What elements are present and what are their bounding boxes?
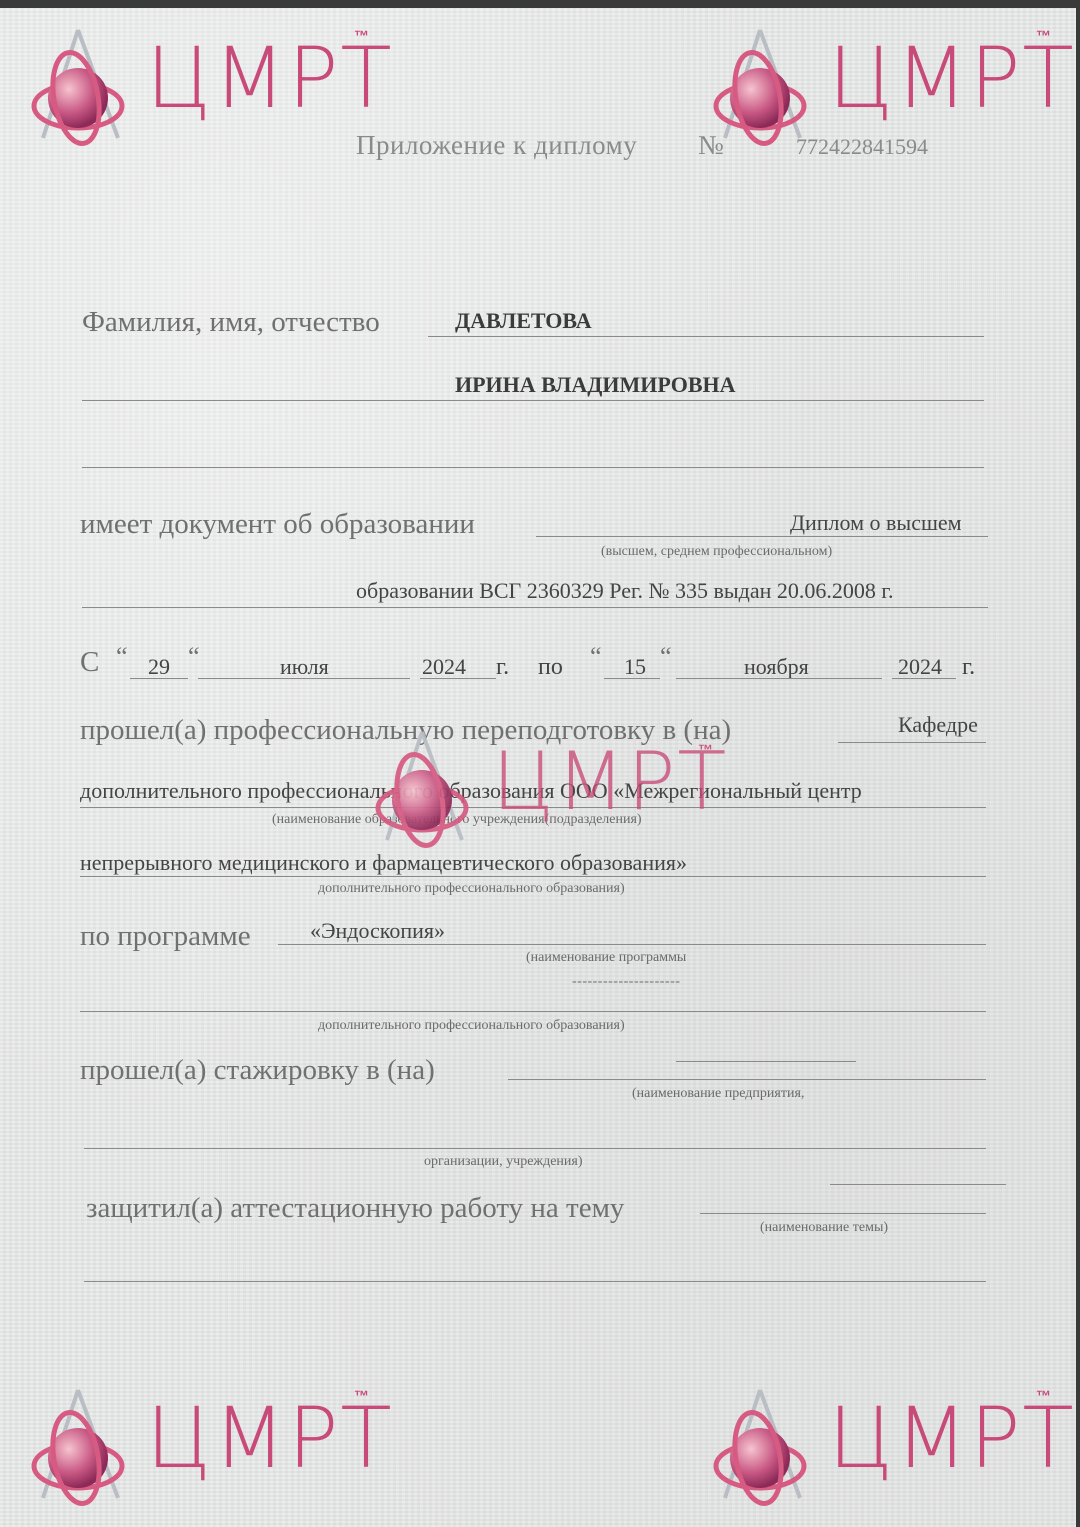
education-doc-value-1: Диплом о высшем [790,510,962,536]
logo-top-left: ЦМРТ ™ [18,28,378,148]
diploma-number: 772422841594 [796,134,928,160]
internship-underline-2 [84,1148,986,1149]
retraining-value-3: непрерывного медицинского и фармацевтиче… [80,850,687,876]
to-day-underline [604,678,660,679]
quote-mark: “ [660,642,672,672]
trademark-symbol: ™ [698,742,713,759]
education-doc-caption: (высшем, среднем профессиональном) [601,544,832,560]
surname-value: ДАВЛЕТОВА [455,308,592,334]
from-year: 2024 [422,654,466,680]
education-doc-value-2: образовании ВСГ 2360329 Рег. № 335 выдан… [356,578,893,604]
program-underline-2 [80,1011,986,1012]
diploma-supplement-page: ЦМРТ ™ ЦМРТ ™ Приложение к диплому № 772… [0,8,1076,1527]
to-day: 15 [624,654,646,680]
period-to-prefix: по [538,654,563,681]
retraining-caption-2: дополнительного профессионального образо… [318,881,625,897]
atom-sphere-icon [18,28,138,148]
program-caption-2: дополнительного профессионального образо… [318,1018,625,1034]
quote-mark: “ [188,642,200,672]
from-day-underline [130,678,188,679]
document-title: Приложение к диплому [356,130,637,161]
name-patronymic-value: ИРИНА ВЛАДИМИРОВНА [455,372,736,398]
internship-short-line [676,1061,856,1062]
internship-underline [508,1079,986,1080]
trademark-symbol: ™ [354,28,369,45]
atom-sphere-icon [18,1388,138,1508]
to-month-underline [676,678,882,679]
quote-mark: “ [590,642,602,672]
logo-text: ЦМРТ [492,742,728,822]
number-sign: № [698,130,724,161]
retraining-underline-1 [838,742,986,743]
retraining-value-1: Кафедре [898,712,978,738]
thesis-short-line [830,1184,1006,1185]
logo-bottom-right: ЦМРТ ™ [700,1388,1060,1508]
education-doc-label: имеет документ об образовании [80,508,475,541]
program-underline [278,944,986,945]
blank-underline [82,467,984,468]
trademark-symbol: ™ [354,1388,369,1405]
year-suffix: г. [962,654,975,681]
trademark-symbol: ™ [1036,1388,1051,1405]
internship-label: прошел(а) стажировку в (на) [80,1054,435,1087]
year-suffix: г. [496,654,509,681]
to-month: ноября [744,654,809,680]
program-label: по программе [80,920,251,953]
surname-underline [428,336,984,337]
from-month-underline [198,678,410,679]
logo-text: ЦМРТ [828,1396,1076,1480]
to-year: 2024 [898,654,942,680]
trademark-symbol: ™ [1036,28,1051,45]
program-value: «Эндоскопия» [310,918,445,944]
atom-sphere-icon [362,730,482,850]
internship-caption-2: организации, учреждения) [424,1154,583,1170]
period-from-prefix: С [80,646,99,679]
to-year-underline [892,678,956,679]
logo-text: ЦМРТ [146,1396,394,1480]
atom-sphere-icon [700,1388,820,1508]
thesis-label: защитил(а) аттестационную работу на тему [86,1192,624,1225]
program-caption-1: (наименование программы [526,950,686,966]
logo-bottom-left: ЦМРТ ™ [18,1388,378,1508]
retraining-underline-3 [80,876,986,877]
name-underline [82,400,984,401]
logo-text: ЦМРТ [146,36,394,120]
logo-top-right: ЦМРТ ™ [700,28,1060,148]
thesis-underline-2 [84,1281,986,1282]
quote-mark: “ [116,642,128,672]
from-year-underline [420,678,496,679]
from-day: 29 [148,654,170,680]
fio-label: Фамилия, имя, отчество [82,306,380,339]
logo-center-watermark: ЦМРТ ™ [362,730,722,850]
from-month: июля [280,654,329,680]
education-doc-underline-2 [82,607,988,608]
thesis-caption: (наименование темы) [760,1220,888,1236]
education-doc-underline-1 [536,536,988,537]
program-dashes: --------------------- [572,974,680,990]
internship-caption-1: (наименование предприятия, [632,1086,804,1102]
logo-text: ЦМРТ [828,36,1076,120]
thesis-underline [700,1213,986,1214]
